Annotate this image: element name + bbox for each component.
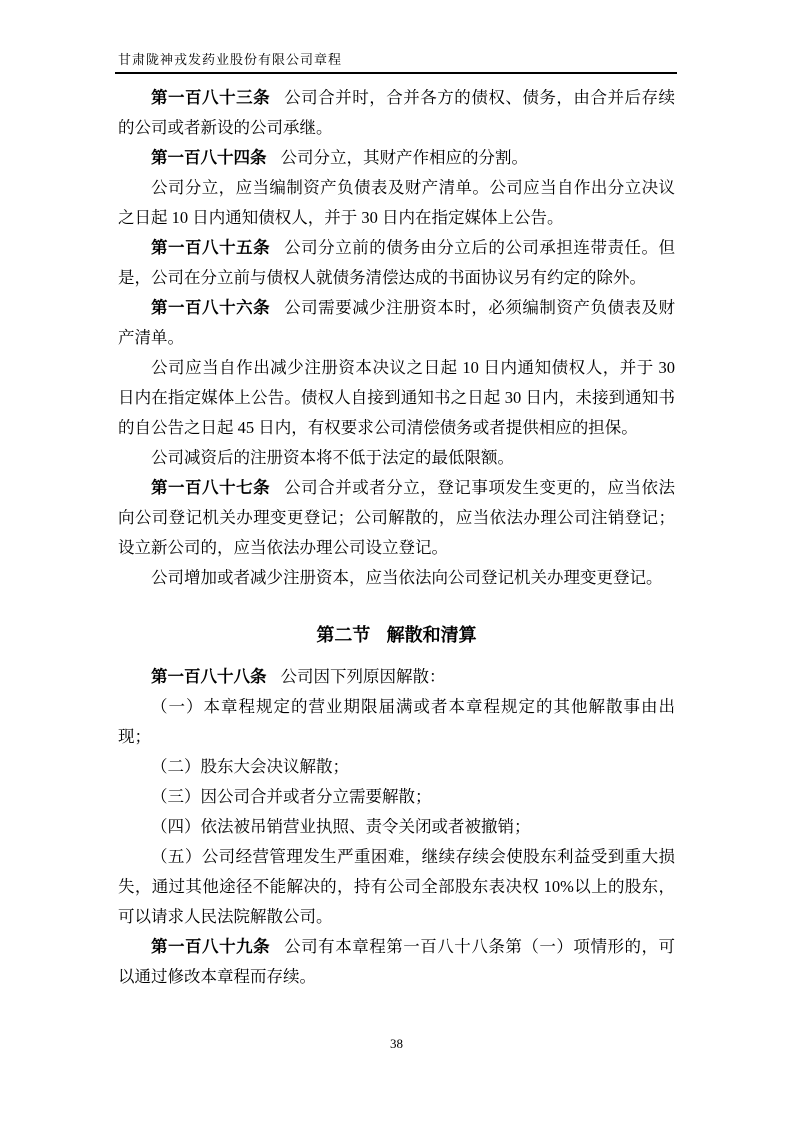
document-body: 第一百八十三条公司合并时，合并各方的债权、债务，由合并后存续的公司或者新设的公司… (118, 83, 675, 992)
section-label: 第二节 (316, 625, 370, 645)
article-184-text: 公司分立，其财产作相应的分割。 (281, 148, 529, 167)
paragraph-capital-reduction-notice: 公司应当自作出减少注册资本决议之日起 10 日内通知债权人，并于 30 日内在指… (118, 353, 675, 443)
list-item-5: （五）公司经营管理发生严重困难，继续存续会使股东利益受到重大损失，通过其他途径不… (118, 842, 675, 932)
section-heading: 第二节解散和清算 (118, 620, 675, 650)
list-item-1: （一）本章程规定的营业期限届满或者本章程规定的其他解散事由出现； (118, 692, 675, 752)
article-187-number: 第一百八十七条 (151, 479, 270, 497)
article-188-number: 第一百八十八条 (151, 668, 267, 686)
list-item-3: （三）因公司合并或者分立需要解散； (118, 782, 675, 812)
article-188-text: 公司因下列原因解散： (281, 667, 446, 686)
paragraph-capital-minimum: 公司减资后的注册资本将不低于法定的最低限额。 (118, 443, 675, 473)
section-title: 解散和清算 (387, 625, 477, 645)
page-header-title: 甘肃陇神戎发药业股份有限公司章程 (118, 52, 342, 68)
article-183: 第一百八十三条公司合并时，合并各方的债权、债务，由合并后存续的公司或者新设的公司… (118, 83, 675, 143)
article-186-number: 第一百八十六条 (151, 299, 270, 317)
article-184-number: 第一百八十四条 (151, 149, 267, 167)
article-189-number: 第一百八十九条 (151, 938, 270, 956)
article-183-number: 第一百八十三条 (151, 89, 270, 107)
article-184: 第一百八十四条公司分立，其财产作相应的分割。 (118, 143, 675, 173)
article-185: 第一百八十五条公司分立前的债务由分立后的公司承担连带责任。但是，公司在分立前与债… (118, 233, 675, 293)
header-rule (115, 72, 677, 74)
paragraph-division-notice: 公司分立，应当编制资产负债表及财产清单。公司应当自作出分立决议之日起 10 日内… (118, 173, 675, 233)
article-188: 第一百八十八条公司因下列原因解散： (118, 662, 675, 692)
article-187: 第一百八十七条公司合并或者分立，登记事项发生变更的，应当依法向公司登记机关办理变… (118, 473, 675, 563)
page-number: 38 (0, 1036, 793, 1052)
list-item-2: （二）股东大会决议解散； (118, 752, 675, 782)
article-186: 第一百八十六条公司需要减少注册资本时，必须编制资产负债表及财产清单。 (118, 293, 675, 353)
document-page: 甘肃陇神戎发药业股份有限公司章程 第一百八十三条公司合并时，合并各方的债权、债务… (0, 0, 793, 1122)
article-185-number: 第一百八十五条 (151, 239, 270, 257)
paragraph-registration-change: 公司增加或者减少注册资本，应当依法向公司登记机关办理变更登记。 (118, 563, 675, 593)
article-189: 第一百八十九条公司有本章程第一百八十八条第（一）项情形的，可以通过修改本章程而存… (118, 932, 675, 992)
list-item-4: （四）依法被吊销营业执照、责令关闭或者被撤销； (118, 812, 675, 842)
